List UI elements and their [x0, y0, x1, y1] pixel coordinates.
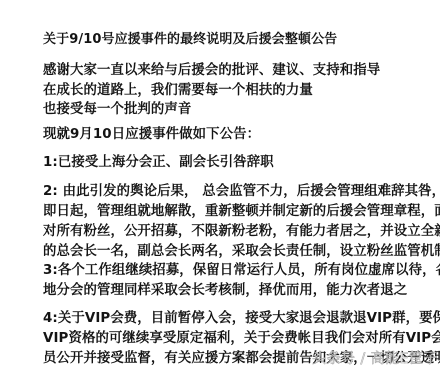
item-line: 3:各个工作组继续招募，保留日常运行人员，所有岗位虚席以待，各 [43, 263, 440, 279]
intro-line: 感谢大家一直以来给与后援会的批评、建议、支持和指导 [43, 63, 380, 79]
intro-line: 也接受每一个批判的声音 [43, 102, 191, 118]
item-line: 2: 由此引发的舆论后果， 总会监管不力，后援会管理组难辞其咎， [43, 184, 440, 200]
intro-line: 在成长的道路上，我们需要每一个相扶的力量 [43, 83, 313, 99]
announcement-heading: 现就9月10日应援事件做如下公告： [43, 127, 260, 143]
item-line: 1:已接受上海分会正、副会长引咎辞职 [43, 155, 274, 171]
item-line: 的总会长一名，副总会长两名，采取会长责任制，设立粉丝监管机制 [43, 244, 440, 260]
document-title: 关于9/10号应援事件的最终说明及后援会整頓公告 [43, 32, 337, 48]
watermark: 头条号 / 高能E筐子 [312, 348, 438, 368]
item-line: VIP资格的可继续享受原定福利，关于会费帐目我们会对所有VIP会 [43, 331, 440, 347]
item-line: 对所有粉丝，公开招募，不限新粉老粉，有能力者居之，并设立全新 [43, 224, 440, 240]
item-line: 即日起，管理组就地解散，重新整顿并制定新的后援会管理章程，面 [43, 204, 440, 220]
item-line: 4:关于VIP会费，目前暂停入会，接受大家退会退款退VIP群，要保留 [43, 311, 440, 327]
item-line: 地分会的管理同样采取会长考核制，择优而用，能力次者退之 [43, 283, 407, 299]
